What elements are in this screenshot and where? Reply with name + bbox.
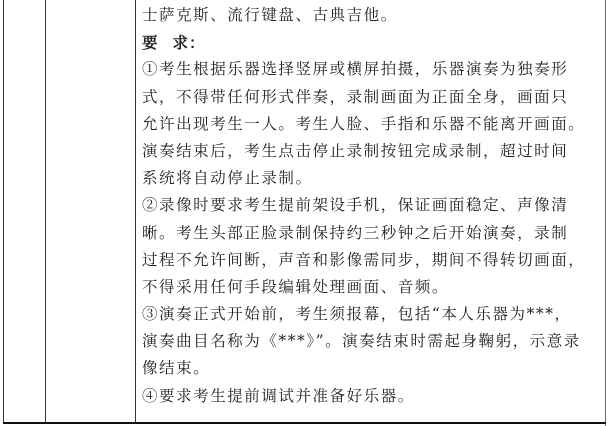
heading-part-1: 要 — [142, 33, 159, 52]
requirement-3-line-3: 像结束。 — [142, 355, 605, 382]
heading-part-2: 求： — [173, 33, 206, 52]
requirement-2-line-1: ②录像时要求考生提前架设手机，保证画面稳定、声像清 — [142, 192, 605, 219]
requirement-2-line-3: 过程不允许间断，声音和影像需同步，期间不得转切画面， — [142, 247, 605, 274]
requirements-heading: 要求： — [142, 29, 605, 56]
requirement-1-line-1: ①考生根据乐器选择竖屏或横屏拍摄，乐器演奏为独奏形 — [142, 56, 605, 83]
requirement-1-line-2: 式，不得带任何形式伴奏，录制画面为正面全身，画面只 — [142, 84, 605, 111]
instrument-list-continuation: 士萨克斯、流行键盘、古典吉他。 — [142, 2, 605, 29]
requirements-cell: 士萨克斯、流行键盘、古典吉他。 要求： ①考生根据乐器选择竖屏或横屏拍摄，乐器演… — [136, 0, 605, 410]
requirement-4-line-1: ④要求考生提前调试并准备好乐器。 — [142, 383, 605, 410]
requirement-1-line-3: 允许出现考生一人。考生人脸、手指和乐器不能离开画面。 — [142, 111, 605, 138]
table-border-left — [3, 0, 4, 423]
requirements-table: 士萨克斯、流行键盘、古典吉他。 要求： ①考生根据乐器选择竖屏或横屏拍摄，乐器演… — [0, 0, 608, 426]
table-column-divider-1 — [45, 0, 46, 423]
requirement-3-line-2: 演奏曲目名称为《***》”。演奏结束时需起身鞠躬，示意录 — [142, 328, 605, 355]
requirement-3-line-1: ③演奏正式开始前，考生须报幕，包括“本人乐器为***， — [142, 301, 605, 328]
table-row-divider — [3, 422, 606, 424]
requirement-2-line-2: 晰。考生头部正脸录制保持约三秒钟之后开始演奏，录制 — [142, 220, 605, 247]
table-border-right — [605, 0, 606, 426]
requirement-2-line-4: 不得采用任何手段编辑处理画面、音频。 — [142, 274, 605, 301]
requirement-1-line-5: 系统将自动停止录制。 — [142, 165, 605, 192]
requirement-1-line-4: 演奏结束后，考生点击停止录制按钮完成录制，超过时间 — [142, 138, 605, 165]
